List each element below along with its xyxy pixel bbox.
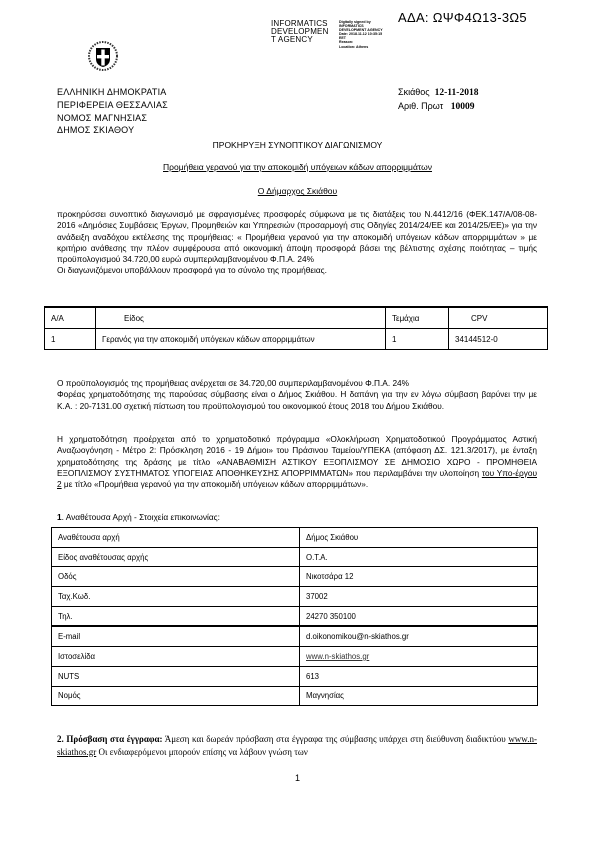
section-2-tail: Οι ενδιαφερόμενοι μπορούν επίσης να λάβο… — [96, 747, 308, 757]
protocol-label: Αριθ. Πρωτ — [398, 101, 443, 111]
signature-name: INFORMATICS DEVELOPMEN T AGENCY — [271, 20, 329, 44]
intro-text: προκηρύσσει συνοπτικό διαγωνισμό με σφρα… — [57, 209, 537, 265]
section-2-text: 2. Πρόσβαση στα έγγραφα: Άμεση και δωρεά… — [57, 733, 537, 758]
table-cell-value: 24270 350100 — [300, 606, 538, 626]
digital-signature: INFORMATICS DEVELOPMEN T AGENCY Digitall… — [271, 20, 401, 50]
funding-text: Η χρηματοδότηση προέρχεται από το χρηματ… — [57, 434, 537, 490]
table-cell-label: Ιστοσελίδα — [52, 647, 300, 667]
table-row: Είδος αναθέτουσας αρχήςΟ.Τ.Α. — [52, 547, 538, 567]
table-row: Αναθέτουσα αρχήΔήμος Σκιάθου — [52, 528, 538, 548]
items-table: Α/Α Είδος Τεμάχια CPV 1 Γερανός για την … — [44, 306, 548, 350]
table-header-row: Α/Α Είδος Τεμάχια CPV — [45, 307, 548, 329]
table-row: Ιστοσελίδαwww.n-skiathos.gr — [52, 647, 538, 667]
header-cell: Είδος — [96, 307, 386, 329]
table-row: Τηλ.24270 350100 — [52, 606, 538, 626]
table-cell-label: Είδος αναθέτουσας αρχής — [52, 547, 300, 567]
table-cell-value: 613 — [300, 666, 538, 686]
section-2-body: Άμεση και δωρεάν πρόσβαση στα έγγραφα τη… — [163, 734, 509, 744]
table-row: ΟδόςΝικοτσάρα 12 — [52, 567, 538, 587]
table-row: NUTS613 — [52, 666, 538, 686]
website-link[interactable]: www.n-skiathos.gr — [300, 647, 538, 667]
section-2-label: 2. Πρόσβαση στα έγγραφα: — [57, 734, 163, 744]
date-block: Σκιάθος 12-11-2018 Αριθ. Πρωτ 10009 — [398, 86, 478, 114]
header-cell: Α/Α — [45, 307, 96, 329]
table-cell-label: E-mail — [52, 626, 300, 646]
table-cell-value: Μαγνησίας — [300, 686, 538, 706]
table-cell: 1 — [386, 329, 449, 350]
table-cell-label: Οδός — [52, 567, 300, 587]
intro-last-line: Οι διαγωνιζόμενοι υποβάλλουν προσφορά γι… — [57, 265, 537, 276]
signature-line: T AGENCY — [271, 36, 329, 44]
section-title: . Αναθέτουσα Αρχή - Στοιχεία επικοινωνία… — [62, 512, 220, 522]
funding-text-body: Η χρηματοδότηση προέρχεται από το χρηματ… — [57, 434, 537, 478]
table-cell-label: Τηλ. — [52, 606, 300, 626]
table-cell-label: Νομός — [52, 686, 300, 706]
table-row: ΝομόςΜαγνησίας — [52, 686, 538, 706]
funding-source-text: Φορέας χρηματοδότησης της παρούσας σύμβα… — [57, 389, 537, 412]
section-2-paragraph: 2. Πρόσβαση στα έγγραφα: Άμεση και δωρεά… — [57, 733, 537, 758]
section-1-heading: 1. Αναθέτουσα Αρχή - Στοιχεία επικοινωνί… — [57, 512, 537, 523]
mayor-line: Ο Δήμαρχος Σκιάθου — [0, 186, 595, 196]
issuer-line: ΕΛΛΗΝΙΚΗ ΔΗΜΟΚΡΑΤΙΑ — [57, 86, 168, 99]
issuer-line: ΔΗΜΟΣ ΣΚΙΑΘΟΥ — [57, 124, 168, 137]
email-value[interactable]: d.oikonomikou@n-skiathos.gr — [300, 626, 538, 646]
table-cell-value: Ο.Τ.Α. — [300, 547, 538, 567]
budget-line: Ο προϋπολογισμός της προμήθειας ανέρχετα… — [57, 378, 537, 389]
date-line: Σκιάθος 12-11-2018 — [398, 86, 478, 100]
protocol-line: Αριθ. Πρωτ 10009 — [398, 100, 478, 114]
issuer-line: ΝΟΜΟΣ ΜΑΓΝΗΣΙΑΣ — [57, 112, 168, 125]
table-row: 1 Γερανός για την αποκομιδή υπόγειων κάδ… — [45, 329, 548, 350]
contact-table: Αναθέτουσα αρχήΔήμος Σκιάθου Είδος αναθέ… — [51, 527, 538, 706]
document-title: ΠΡΟΚΗΡΥΞΗ ΣΥΝΟΠΤΙΚΟΥ ΔΙΑΓΩΝΙΣΜΟΥ — [0, 140, 595, 150]
issuer-line: ΠΕΡΙΦΕΡΕΙΑ ΘΕΣΣΑΛΙΑΣ — [57, 99, 168, 112]
issuer-block: ΕΛΛΗΝΙΚΗ ΔΗΜΟΚΡΑΤΙΑ ΠΕΡΙΦΕΡΕΙΑ ΘΕΣΣΑΛΙΑΣ… — [57, 86, 168, 137]
table-cell-label: NUTS — [52, 666, 300, 686]
table-cell-label: Αναθέτουσα αρχή — [52, 528, 300, 548]
budget-paragraph: Ο προϋπολογισμός της προμήθειας ανέρχετα… — [57, 378, 537, 412]
table-cell: 34144512-0 — [449, 329, 548, 350]
page-number: 1 — [0, 773, 595, 783]
table-row: Ταχ.Κωδ.37002 — [52, 587, 538, 607]
table-cell-value: 37002 — [300, 587, 538, 607]
table-row: E-maild.oikonomikou@n-skiathos.gr — [52, 626, 538, 646]
intro-paragraph: προκηρύσσει συνοπτικό διαγωνισμό με σφρα… — [57, 209, 537, 277]
signature-details: Digitally signed by INFORMATICS DEVELOPM… — [339, 20, 383, 49]
ada-code: ΑΔΑ: ΩΨΦ4Ω13-3Ω5 — [398, 10, 527, 25]
table-cell-value: Δήμος Σκιάθου — [300, 528, 538, 548]
signature-detail: Location: Athens — [339, 45, 383, 49]
header-cell: Τεμάχια — [386, 307, 449, 329]
table-cell-value: Νικοτσάρα 12 — [300, 567, 538, 587]
funding-text-tail: με τίτλο «Προμήθεια γερανού για την αποκ… — [62, 479, 369, 489]
greek-emblem-icon — [87, 40, 119, 72]
date-value: 12-11-2018 — [435, 88, 479, 98]
place-label: Σκιάθος — [398, 87, 430, 97]
protocol-number: 10009 — [451, 102, 475, 112]
funding-paragraph: Η χρηματοδότηση προέρχεται από το χρηματ… — [57, 434, 537, 490]
table-cell-label: Ταχ.Κωδ. — [52, 587, 300, 607]
table-cell: Γερανός για την αποκομιδή υπόγειων κάδων… — [96, 329, 386, 350]
header-cell: CPV — [449, 307, 548, 329]
table-cell: 1 — [45, 329, 96, 350]
document-subtitle: Προμήθεια γερανού για την αποκομιδή υπόγ… — [0, 162, 595, 172]
